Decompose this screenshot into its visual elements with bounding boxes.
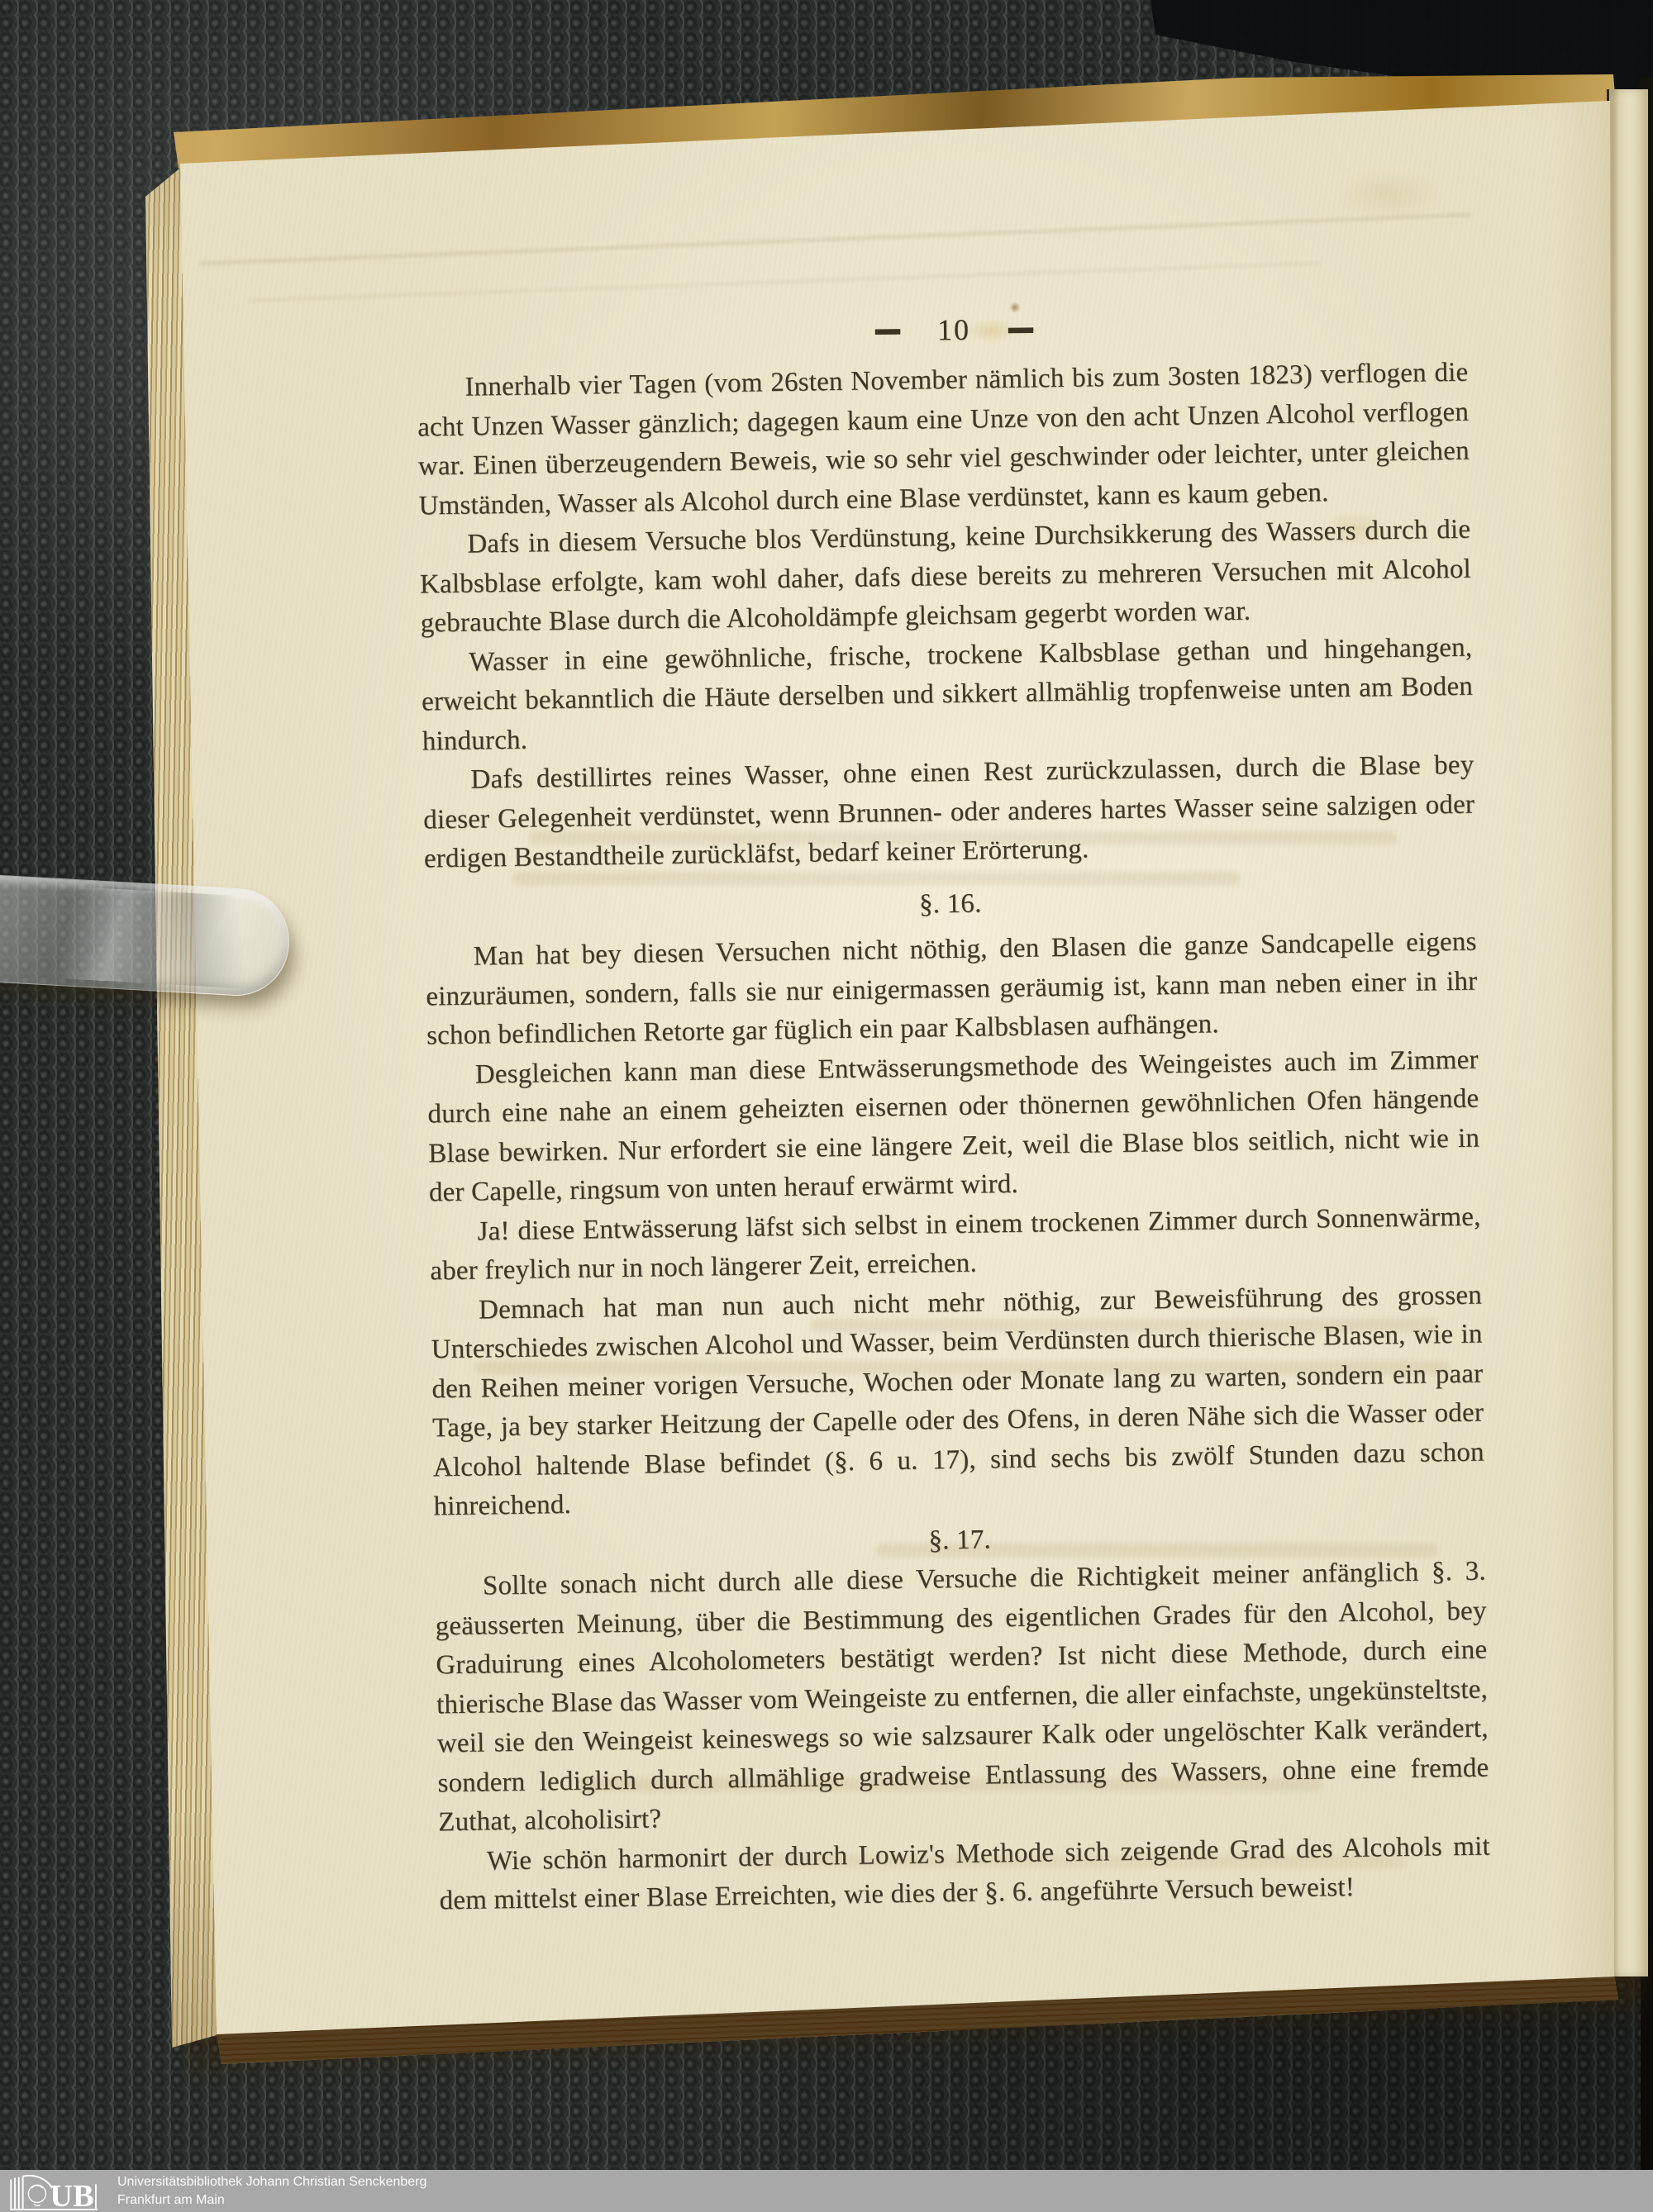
section-heading: §. 16.: [425, 877, 1477, 931]
library-name: Universitätsbibliothek Johann Christian …: [117, 2173, 426, 2191]
paragraph: Man hat bey diesen Versuchen nicht nöthi…: [425, 923, 1478, 1056]
plastic-page-weight: [0, 874, 292, 999]
ub-logo-text: UB: [50, 2179, 93, 2211]
page-text: Innerhalb vier Tagen (vom 26sten Novembe…: [417, 354, 1491, 1921]
paper-crease: [199, 213, 1471, 264]
paragraph: Sollte sonach nicht durch alle diese Ver…: [435, 1553, 1490, 1843]
ub-logo: UB: [7, 2172, 104, 2211]
page-number: 10: [937, 313, 970, 346]
paragraph: Wie schön harmonirt der durch Lowiz's Me…: [439, 1827, 1491, 1921]
page-number-dash-left: —: [875, 316, 899, 343]
book-page: —10— Innerhalb vier Tagen (vom 26sten No…: [0, 0, 1653, 2212]
book-scan-photo: —10— Innerhalb vier Tagen (vom 26sten No…: [0, 0, 1653, 2212]
paragraph: Dafs in diesem Versuche blos Verdünstung…: [419, 511, 1472, 644]
paragraph: Wasser in eine gewöhnliche, frische, tro…: [421, 628, 1474, 761]
paragraph: Ja! diese Entwässerung läfst sich selbst…: [429, 1197, 1481, 1292]
paragraph: Dafs destillirtes reines Wasser, ohne ei…: [422, 746, 1475, 879]
library-footer-bar: UB Universitätsbibliothek Johann Christi…: [0, 2170, 1653, 2212]
paragraph: Demnach hat man nun auch nicht mehr nöth…: [431, 1276, 1485, 1527]
library-city: Frankfurt am Main: [117, 2191, 426, 2209]
paper-crease: [248, 262, 1322, 301]
paragraph: Desgleichen kann man diese Entwässerungs…: [426, 1040, 1480, 1213]
page-number-row: —10—: [428, 307, 1479, 352]
paragraph: Innerhalb vier Tagen (vom 26sten Novembe…: [417, 354, 1470, 526]
portrait-sketch-icon: [28, 2185, 45, 2205]
page-number-dash-right: —: [1008, 314, 1032, 341]
